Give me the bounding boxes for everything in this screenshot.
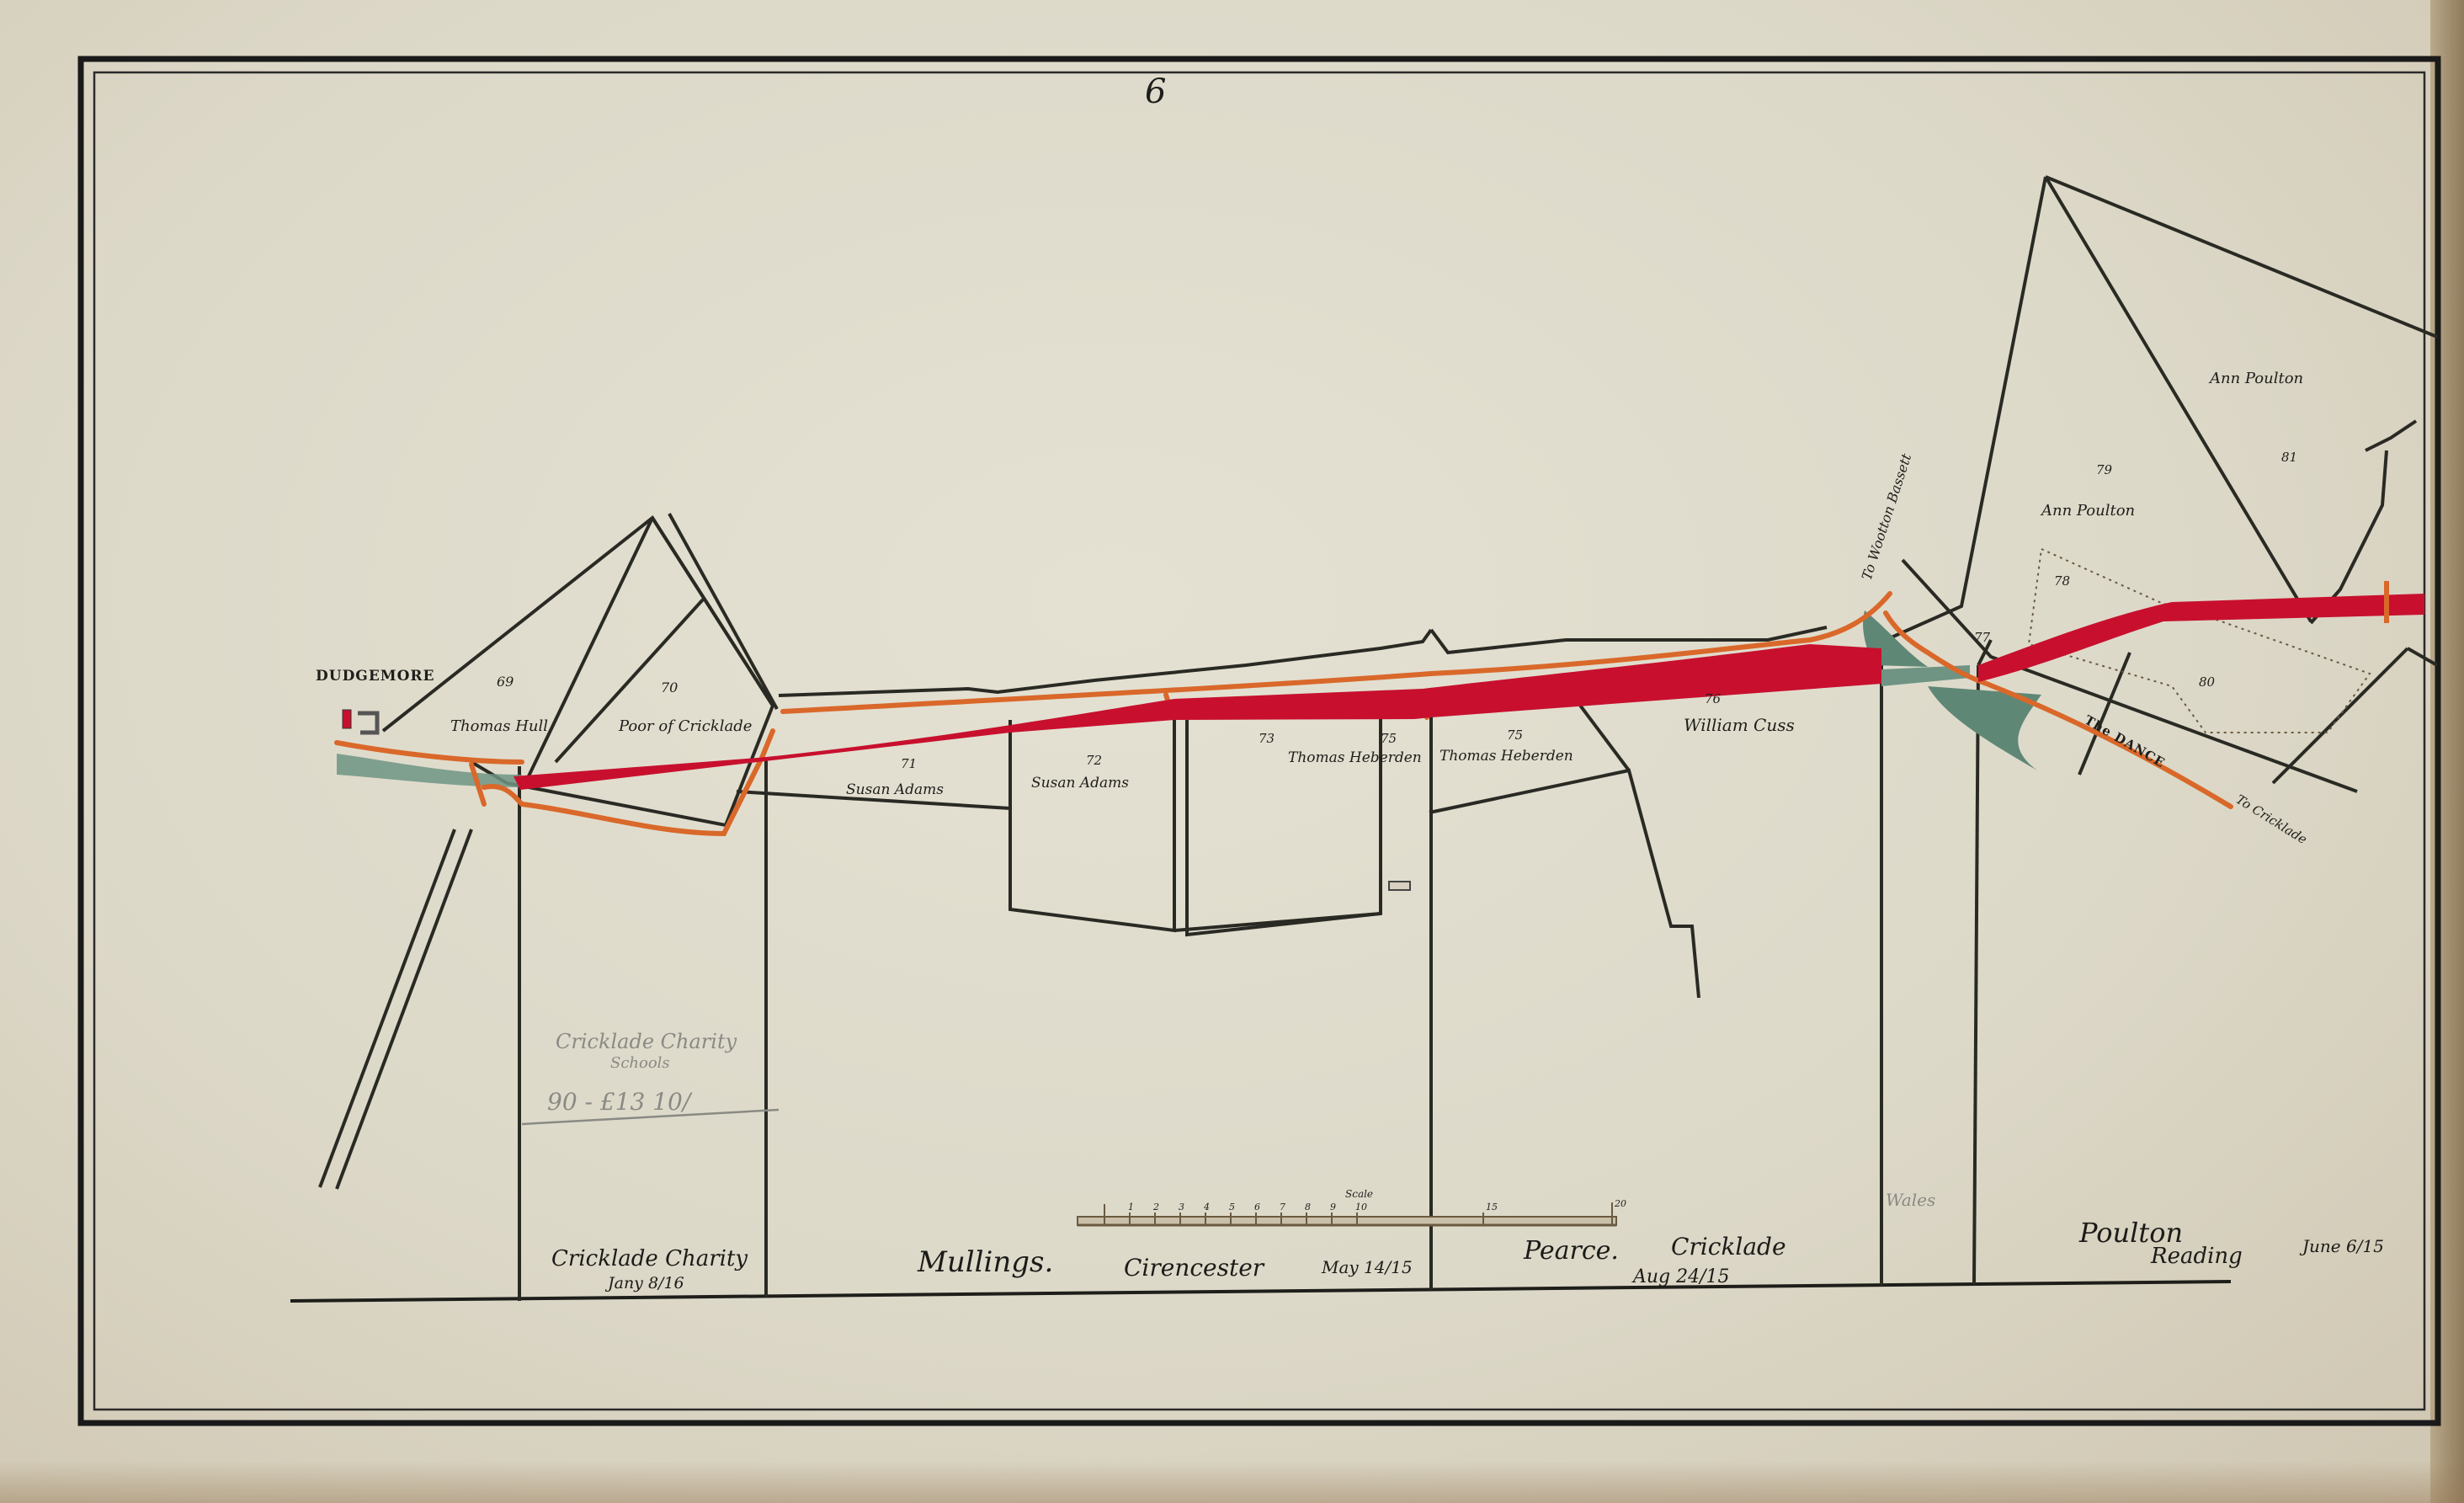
svg-text:5: 5 [1229, 1202, 1235, 1213]
annotation-cricklade-charity: Cricklade Charity [551, 1246, 748, 1271]
annotation-cricklade: Cricklade [1671, 1233, 1786, 1260]
scale-tick-labels: 1 2 3 4 5 6 7 8 9 10 15 20 [1128, 1198, 1626, 1213]
svg-text:10: 10 [1355, 1202, 1367, 1213]
annotation-pearce-date: Aug 24/15 [1631, 1266, 1730, 1287]
plot-owner-72: Susan Adams [1031, 775, 1129, 791]
svg-text:20: 20 [1614, 1198, 1626, 1209]
plot-number-80: 80 [2199, 674, 2216, 690]
svg-text:3: 3 [1179, 1202, 1184, 1213]
plot-owner-81: Ann Poulton [2208, 370, 2303, 387]
plot-number-71: 71 [901, 756, 917, 771]
scale-title: Scale [1345, 1188, 1373, 1200]
svg-text:2: 2 [1152, 1202, 1159, 1213]
plot-number-78: 78 [2054, 573, 2070, 589]
svg-text:4: 4 [1203, 1202, 1210, 1213]
plot-owner-75: Thomas Heberden [1440, 748, 1573, 765]
plot-number-73: 73 [1259, 731, 1275, 746]
pencil-note-wales: Wales [1886, 1190, 1935, 1210]
annotation-cirencester: Cirencester [1124, 1254, 1265, 1282]
plot-number-76: 76 [1705, 691, 1722, 706]
svg-text:9: 9 [1330, 1202, 1336, 1213]
svg-text:7: 7 [1280, 1202, 1285, 1213]
map-labels: 6 DUDGEMORE 69 Thomas Hull 70 Poor of Cr… [0, 0, 2464, 1503]
plot-owner-76: William Cuss [1684, 715, 1795, 735]
plot-number-69: 69 [497, 674, 514, 690]
road-label-to-cricklade: To Cricklade [2233, 791, 2310, 847]
plot-number-72: 72 [1086, 753, 1102, 768]
annotation-mullings-date: May 14/15 [1321, 1257, 1413, 1277]
svg-text:8: 8 [1305, 1202, 1311, 1213]
annotation-reading: Reading [2150, 1244, 2243, 1269]
annotation-cricklade-date: Jany 8/16 [604, 1274, 684, 1292]
pencil-note-amount: 90 - £13 10/ [547, 1088, 693, 1116]
annotation-poulton-date: June 6/15 [2299, 1236, 2384, 1256]
plot-owner-69: Thomas Hull [450, 717, 548, 735]
road-label-wootton-bassett: To Wootton Bassett [1859, 451, 1915, 582]
svg-text:15: 15 [1486, 1202, 1498, 1213]
sheet-number: 6 [1145, 72, 1166, 111]
annotation-mullings: Mullings. [917, 1245, 1053, 1279]
svg-text:1: 1 [1128, 1202, 1134, 1213]
svg-text:6: 6 [1254, 1202, 1260, 1213]
plot-number-70: 70 [661, 680, 678, 696]
road-label-the-dance: The DANCE [2082, 712, 2168, 770]
plot-number-77: 77 [1974, 630, 1991, 645]
plot-number-81: 81 [2281, 450, 2297, 465]
annotation-pearce: Pearce. [1523, 1236, 1619, 1266]
pencil-note-charity: Cricklade Charity [556, 1030, 737, 1053]
plot-number-75: 75 [1507, 728, 1523, 743]
plot-owner-74: Thomas Heberden [1288, 749, 1422, 766]
map-sheet: 6 DUDGEMORE 69 Thomas Hull 70 Poor of Cr… [0, 0, 2464, 1503]
plot-owner-70: Poor of Cricklade [618, 717, 752, 735]
plot-owner-79: Ann Poulton [2040, 502, 2135, 520]
plot-owner-71: Susan Adams [846, 781, 944, 798]
plot-number-79: 79 [2096, 462, 2113, 477]
place-dudgemore: DUDGEMORE [316, 668, 435, 685]
plot-number-74: 75 [1381, 731, 1397, 746]
pencil-note-schools: Schools [610, 1054, 670, 1072]
